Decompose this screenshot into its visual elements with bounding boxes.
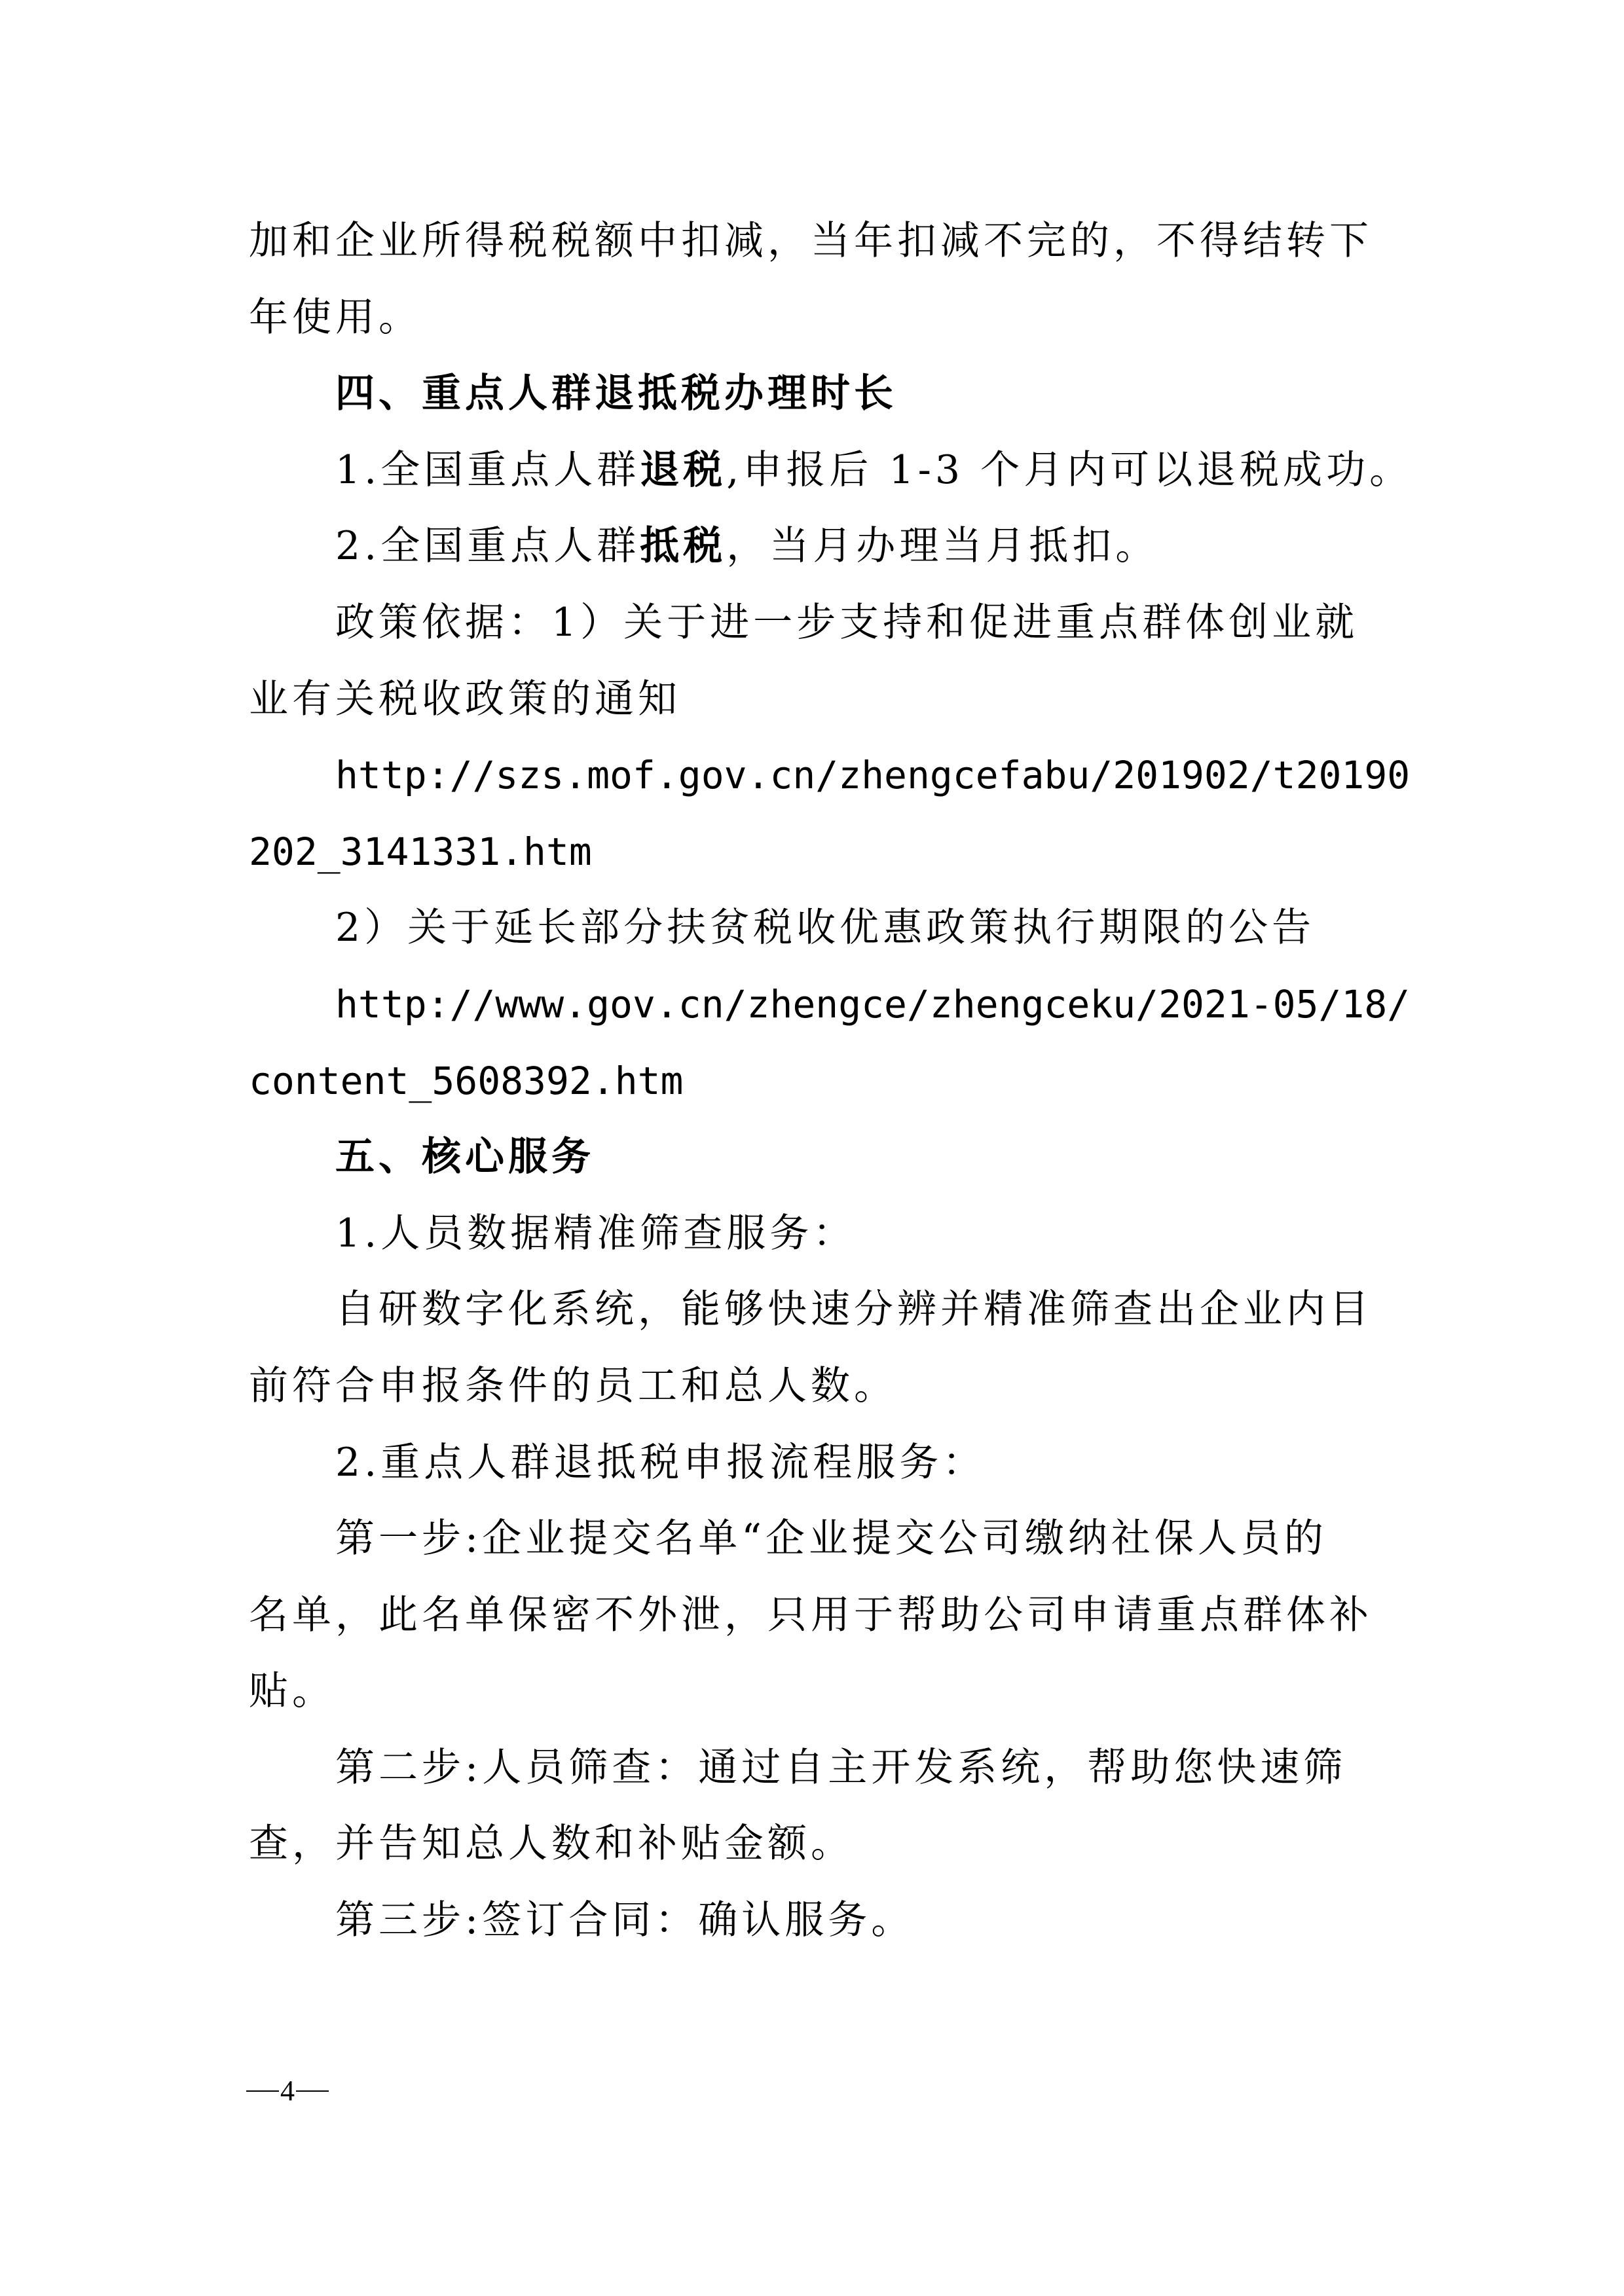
item-suffix: ,申报后 1-3 个月内可以退税成功。 [726,447,1412,493]
list-item-refund: 1.全国重点人群退税,申报后 1-3 个月内可以退税成功。 [249,432,1388,509]
item-prefix: 1.全国重点人群 [335,447,640,493]
page-number-dash-left [246,2090,279,2092]
section-heading-5: 五、核心服务 [249,1119,1388,1195]
policy-url-1-cont[interactable]: 202_3141331.htm [249,814,1388,890]
policy-url-2-cont[interactable]: content_5608392.htm [249,1043,1388,1120]
policy-url-1[interactable]: http://szs.mof.gov.cn/zhengcefabu/201902… [249,737,1388,814]
service-desc-line: 自研数字化系统，能够快速分辨并精准筛查出企业内目 [249,1271,1388,1348]
service-desc-line: 前符合申报条件的员工和总人数。 [249,1348,1388,1425]
section-heading-4: 四、重点人群退抵税办理时长 [249,355,1388,432]
policy-title-2: 2）关于延长部分扶贫税收优惠政策执行期限的公告 [249,890,1388,966]
step-2-line: 查，并告知总人数和补贴金额。 [249,1806,1388,1882]
step-1-line: 贴。 [249,1653,1388,1730]
step-1-line: 名单，此名单保密不外泄，只用于帮助公司申请重点群体补 [249,1577,1388,1654]
item-bold-term: 抵税 [640,523,726,569]
page-number-dash-right [296,2090,329,2092]
list-item-deduction: 2.全国重点人群抵税，当月办理当月抵扣。 [249,508,1388,585]
step-3-line: 第三步:签订合同：确认服务。 [249,1882,1388,1959]
policy-basis-line: 业有关税收政策的通知 [249,661,1388,738]
item-prefix: 2.全国重点人群 [335,523,640,569]
document-page: 加和企业所得税税额中扣减，当年扣减不完的，不得结转下 年使用。 四、重点人群退抵… [0,0,1624,2296]
page-number-value: 4 [279,2074,296,2107]
paragraph-line: 年使用。 [249,280,1388,356]
policy-basis-line: 政策依据：1）关于进一步支持和促进重点群体创业就 [249,585,1388,661]
paragraph-line: 加和企业所得税税额中扣减，当年扣减不完的，不得结转下 [249,203,1388,280]
page-number: 4 [246,2074,329,2107]
step-1-line: 第一步:企业提交名单“企业提交公司缴纳社保人员的 [249,1501,1388,1577]
item-suffix: ，当月办理当月抵扣。 [726,523,1158,569]
service-item-2: 2.重点人群退抵税申报流程服务： [249,1425,1388,1501]
document-body: 加和企业所得税税额中扣减，当年扣减不完的，不得结转下 年使用。 四、重点人群退抵… [249,203,1388,1959]
step-2-line: 第二步:人员筛查：通过自主开发系统，帮助您快速筛 [249,1730,1388,1806]
policy-url-2[interactable]: http://www.gov.cn/zhengce/zhengceku/2021… [249,966,1388,1043]
item-bold-term: 退税 [640,447,726,493]
service-item-1: 1.人员数据精准筛查服务： [249,1195,1388,1272]
